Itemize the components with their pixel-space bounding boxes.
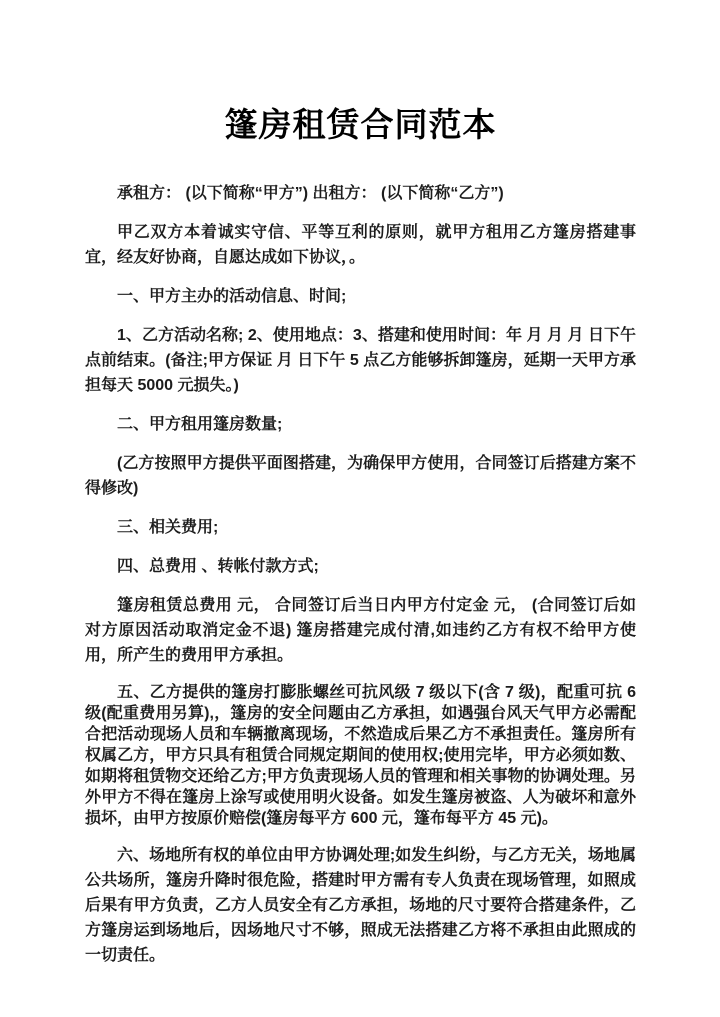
section-6-venue-paragraph: 六、场地所有权的单位由甲方协调处理;如发生纠纷，与乙方无关，场地属公共场所，篷房… [85, 843, 636, 968]
heading-section-1: 一、甲方主办的活动信息、时间; [85, 284, 636, 309]
document-content: 篷房租赁合同范本 承租方： (以下简称“甲方”) 出租方： (以下简称“乙方”)… [0, 0, 720, 1017]
preamble-paragraph: 甲乙双方本着诚实守信、平等互利的原则，就甲方租用乙方篷房搭建事宜，经友好协商，自… [85, 220, 636, 270]
heading-section-3: 三、相关费用; [85, 515, 636, 540]
parties-line: 承租方： (以下简称“甲方”) 出租方： (以下简称“乙方”) [85, 181, 636, 206]
section-2-note-paragraph: (乙方按照甲方提供平面图搭建，为确保甲方使用，合同签订后搭建方案不得修改) [85, 451, 636, 501]
heading-section-2: 二、甲方租用篷房数量; [85, 412, 636, 437]
heading-section-4: 四、总费用 、转帐付款方式; [85, 554, 636, 579]
section-4-payment-paragraph: 篷房租赁总费用 元， 合同签订后当日内甲方付定金 元， (合同签订后如对方原因活… [85, 593, 636, 668]
section-5-liability-paragraph: 五、乙方提供的篷房打膨胀螺丝可抗风级 7 级以下(含 7 级)，配重可抗 6 级… [85, 682, 636, 829]
document-page: 篷房租赁合同范本 承租方： (以下简称“甲方”) 出租方： (以下简称“乙方”)… [0, 0, 720, 1017]
section-1-items-paragraph: 1、乙方活动名称; 2、使用地点：3、搭建和使用时间：年 月 月 月 日下午 点… [85, 323, 636, 398]
document-title: 篷房租赁合同范本 [85, 103, 636, 147]
